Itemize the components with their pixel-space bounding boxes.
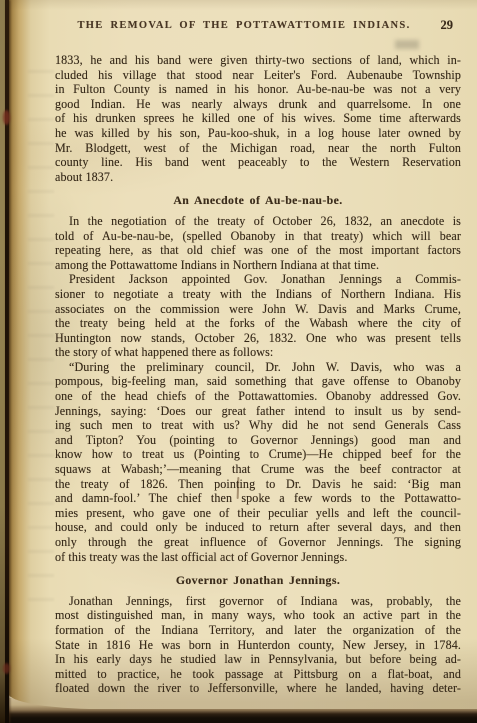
section-heading: Governor Jonathan Jennings.: [55, 573, 461, 588]
running-head: THE REMOVAL OF THE POTTAWATTOMIE INDIANS…: [55, 20, 461, 36]
spine-red-mark-top: [3, 110, 10, 125]
text-line: Mr. Blodgett, west of the Michigan road,…: [55, 141, 461, 156]
text-line: told of Au-be-nau-be, (spelled Obanoby i…: [55, 229, 461, 244]
text-line: most distinguished man, in many ways, wh…: [55, 608, 461, 623]
text-line: in Fulton County is named in his honor. …: [55, 82, 461, 97]
running-title: THE REMOVAL OF THE POTTAWATTOMIE INDIANS…: [41, 20, 447, 31]
page-content: THE REMOVAL OF THE POTTAWATTOMIE INDIANS…: [55, 14, 461, 696]
paragraph: In the negotiation of the treaty of Octo…: [55, 214, 461, 272]
paragraph: 1833, he and his band were given thirty-…: [55, 53, 461, 184]
margin-flecks: [28, 70, 54, 610]
paragraph: Jonathan Jennings, first governor of Ind…: [55, 594, 461, 696]
text-line: In the negotiation of the treaty of Octo…: [55, 214, 461, 229]
text-line: good Indian. He was nearly always drunk …: [55, 97, 461, 112]
text-line: and Tipton? You (pointing to Governor Je…: [55, 433, 461, 448]
text-line: mies present, who gave one of their pecu…: [55, 506, 461, 521]
text-line: county line. His band went peaceably to …: [55, 155, 461, 170]
text-line: Huntington now stands, October 26, 1832.…: [55, 331, 461, 346]
section-heading: An Anecdote of Au-be-nau-be.: [55, 193, 461, 208]
text-line: “During the preliminary council, Dr. Joh…: [55, 360, 461, 375]
text-line: about 1837.: [55, 170, 461, 185]
text-line: squaws at Wabash;’—meaning that Crume wa…: [55, 462, 461, 477]
text-line: sioner to negotiate a treaty with the In…: [55, 287, 461, 302]
text-line: cluded his village that stood near Leite…: [55, 68, 461, 83]
ink-smudge: [395, 40, 419, 49]
text-line: one of the head chiefs of the Pottawatto…: [55, 389, 461, 404]
text-line: he was killed by his son, Pau-koo-shuk, …: [55, 126, 461, 141]
text-line: the treaty of 1826. Then pointing to Dr.…: [55, 477, 461, 492]
text-line: of his drunken sprees he killed one of h…: [55, 111, 461, 126]
text-line: and damn-fool.’ The chief then spoke a f…: [55, 491, 461, 506]
text-line: formation of the Indiana Territory, and …: [55, 623, 461, 638]
text-line: the treaty being held at the forks of th…: [55, 316, 461, 331]
text-line: of this treaty was the last official act…: [55, 550, 461, 565]
text-line: pompous, big-feeling man, said something…: [55, 374, 461, 389]
text-line: floated down the river to Jeffersonville…: [55, 681, 461, 696]
paragraph: President Jackson appointed Gov. Jonatha…: [55, 272, 461, 360]
text-line: know how to treat us (Pointing to Crume)…: [55, 447, 461, 462]
page-number: 29: [441, 18, 454, 33]
text-line: 1833, he and his band were given thirty-…: [55, 53, 461, 68]
spine-shadow-line: [5, 0, 9, 723]
text-line: ing such men to treat with us? Why did h…: [55, 418, 461, 433]
text-line: only through the great influence of Gove…: [55, 535, 461, 550]
text-line: In his early days he studied law in Penn…: [55, 652, 461, 667]
text-line: among the Pottawattome Indians in Northe…: [55, 258, 461, 273]
book-page-scan: THE REMOVAL OF THE POTTAWATTOMIE INDIANS…: [0, 0, 477, 723]
text-line: State in 1816 He was born in Hunterdon c…: [55, 638, 461, 653]
spine-red-mark-bottom: [3, 663, 10, 674]
text-line: President Jackson appointed Gov. Jonatha…: [55, 272, 461, 287]
text-line: the story of what happened there as foll…: [55, 345, 461, 360]
text-line: house, and could only be induced to retu…: [55, 520, 461, 535]
paragraph: “During the preliminary council, Dr. Joh…: [55, 360, 461, 564]
text-line: Jonathan Jennings, first governor of Ind…: [55, 594, 461, 609]
text-line: associates on the commission were John W…: [55, 302, 461, 317]
text-line: repeating here, as that old chief was on…: [55, 243, 461, 258]
page-body: 1833, he and his band were given thirty-…: [55, 53, 461, 696]
text-line: Jennings, saying: ‘Does our great father…: [55, 404, 461, 419]
text-line: mitted to practice, he took passage at P…: [55, 667, 461, 682]
